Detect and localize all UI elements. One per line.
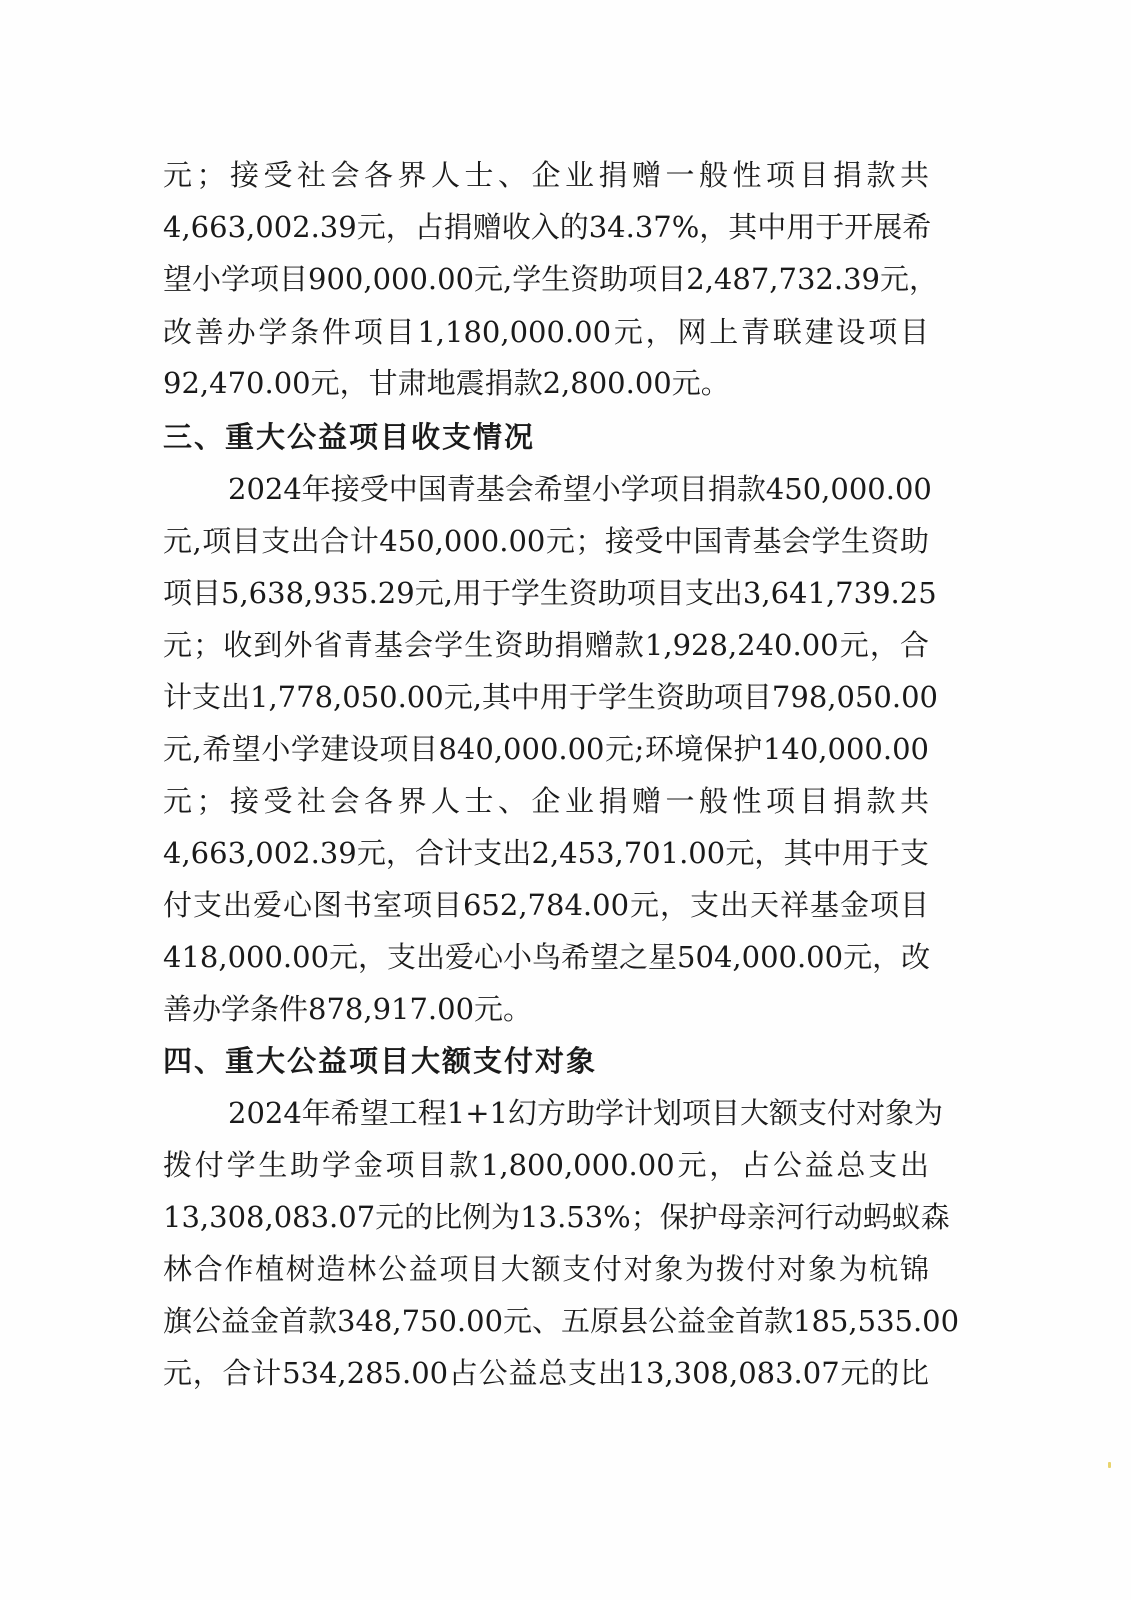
scan-speck [1108,1462,1111,1468]
paragraph-line: 元,项目支出合计450,000.00元；接受中国青基会学生资助 [163,521,929,561]
paragraph-line: 计支出1,778,050.00元,其中用于学生资助项目798,050.00 [163,677,929,717]
paragraph-line: 善办学条件878,917.00元。 [163,989,929,1029]
paragraph-line: 项目5,638,935.29元,用于学生资助项目支出3,641,739.25 [163,573,929,613]
paragraph-line: 418,000.00元，支出爱心小鸟希望之星504,000.00元，改 [163,937,929,977]
paragraph-line: 13,308,083.07元的比例为13.53%；保护母亲河行动蚂蚁森 [163,1197,929,1237]
paragraph-line: 元；接受社会各界人士、企业捐赠一般性项目捐款共 [163,781,929,821]
paragraph-line: 4,663,002.39元，占捐赠收入的34.37%，其中用于开展希 [163,207,929,247]
document-page: 元；接受社会各界人士、企业捐赠一般性项目捐款共 4,663,002.39元，占捐… [0,0,1131,1600]
paragraph-line: 2024年接受中国青基会希望小学项目捐款450,000.00 [228,469,929,509]
section-heading-3: 三、重大公益项目收支情况 [163,417,929,457]
paragraph-line: 元；收到外省青基会学生资助捐赠款1,928,240.00元，合 [163,625,929,665]
paragraph-line: 元；接受社会各界人士、企业捐赠一般性项目捐款共 [163,155,929,195]
paragraph-line: 元，合计534,285.00占公益总支出13,308,083.07元的比 [163,1353,929,1393]
paragraph-line: 林合作植树造林公益项目大额支付对象为拨付对象为杭锦 [163,1249,929,1289]
paragraph-line: 付支出爱心图书室项目652,784.00元，支出天祥基金项目 [163,885,929,925]
paragraph-line: 元,希望小学建设项目840,000.00元;环境保护140,000.00 [163,729,929,769]
paragraph-line: 拨付学生助学金项目款1,800,000.00元，占公益总支出 [163,1145,929,1185]
paragraph-line: 4,663,002.39元，合计支出2,453,701.00元，其中用于支 [163,833,929,873]
paragraph-line: 旗公益金首款348,750.00元、五原县公益金首款185,535.00 [163,1301,929,1341]
section-heading-4: 四、重大公益项目大额支付对象 [163,1041,929,1081]
paragraph-line: 92,470.00元，甘肃地震捐款2,800.00元。 [163,363,929,403]
paragraph-line: 改善办学条件项目1,180,000.00元，网上青联建设项目 [163,312,929,352]
paragraph-line: 望小学项目900,000.00元,学生资助项目2,487,732.39元， [163,259,929,299]
paragraph-line: 2024年希望工程1+1幻方助学计划项目大额支付对象为 [228,1093,929,1133]
